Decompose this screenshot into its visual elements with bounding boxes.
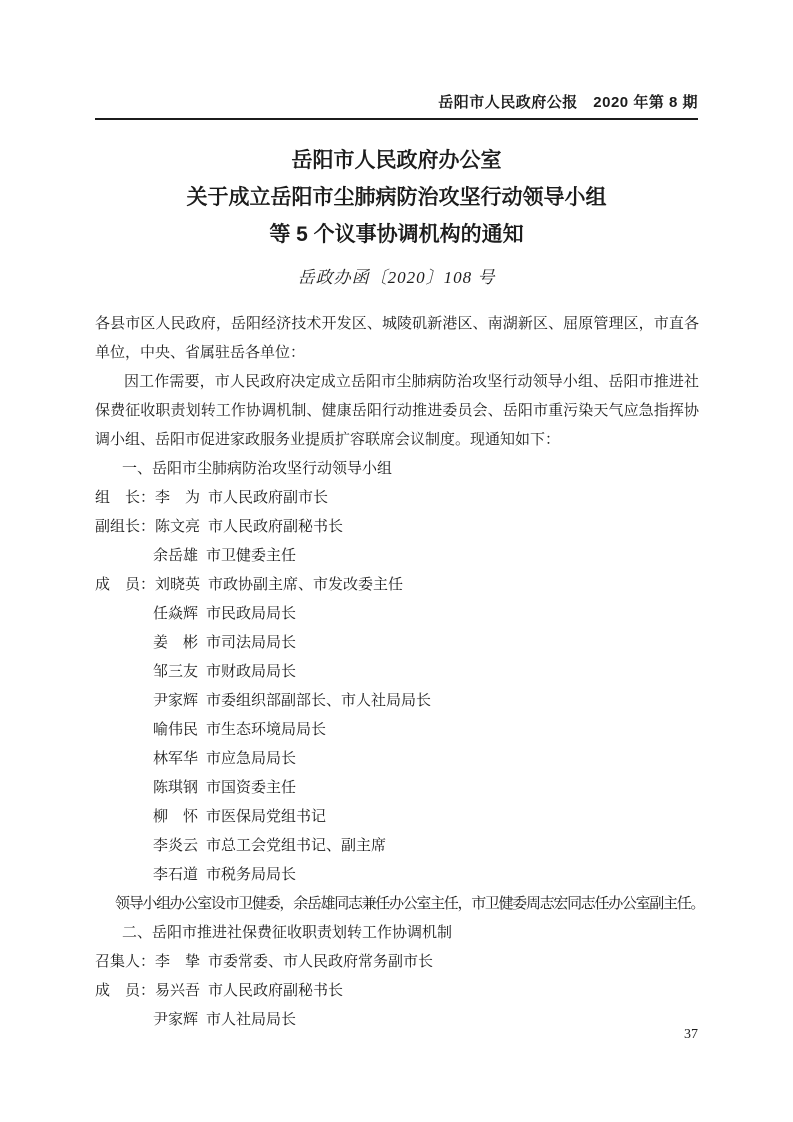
person-name: 余岳雄 (153, 542, 206, 571)
person-name: 邹三友 (153, 658, 206, 687)
roster-row: 任焱辉 市民政局局长 (95, 600, 699, 629)
section-1-roster: 组 长： 李 为 市人民政府副市长 副组长： 陈文亮 市人民政府副秘书长 余岳雄… (95, 484, 699, 890)
role-label: 成 员： (95, 977, 155, 1006)
person-title: 市财政局局长 (206, 658, 699, 687)
role-label (95, 861, 153, 890)
gazette-page: 岳阳市人民政府公报 2020 年第 8 期 岳阳市人民政府办公室 关于成立岳阳市… (0, 0, 793, 1122)
roster-row: 召集人： 李 挚 市委常委、市人民政府常务副市长 (95, 948, 699, 977)
document-title: 岳阳市人民政府办公室 关于成立岳阳市尘肺病防治攻坚行动领导小组 等 5 个议事协… (80, 142, 713, 253)
person-title: 市国资委主任 (206, 774, 699, 803)
document-title-line-3: 等 5 个议事协调机构的通知 (80, 216, 713, 253)
person-title: 市人民政府副秘书长 (208, 977, 699, 1006)
person-title: 市委组织部副部长、市人社局局长 (206, 687, 699, 716)
role-label (95, 774, 153, 803)
office-note-paragraph: 领导小组办公室设市卫健委，余岳雄同志兼任办公室主任，市卫健委周志宏同志任办公室副… (95, 890, 699, 919)
page-number: 37 (95, 1027, 698, 1043)
roster-row: 副组长： 陈文亮 市人民政府副秘书长 (95, 513, 699, 542)
roster-row: 姜 彬 市司法局局长 (95, 629, 699, 658)
person-title: 市人民政府副市长 (208, 484, 699, 513)
document-title-line-1: 岳阳市人民政府办公室 (80, 142, 713, 179)
person-name: 林军华 (153, 745, 206, 774)
section-2-heading: 二、岳阳市推进社保费征收职责划转工作协调机制 (95, 919, 699, 948)
person-title: 市医保局党组书记 (206, 803, 699, 832)
role-label: 组 长： (95, 484, 155, 513)
person-title: 市卫健委主任 (206, 542, 699, 571)
person-name: 姜 彬 (153, 629, 206, 658)
roster-row: 尹家辉 市委组织部副部长、市人社局局长 (95, 687, 699, 716)
salutation-paragraph: 各县市区人民政府，岳阳经济技术开发区、城陵矶新港区、南湖新区、屈原管理区，市直各… (95, 310, 699, 368)
role-label (95, 658, 153, 687)
person-title: 市政协副主席、市发改委主任 (208, 571, 699, 600)
roster-row: 成 员： 刘晓英 市政协副主席、市发改委主任 (95, 571, 699, 600)
person-title: 市生态环境局局长 (206, 716, 699, 745)
section-1-heading: 一、岳阳市尘肺病防治攻坚行动领导小组 (95, 455, 699, 484)
roster-row: 喻伟民 市生态环境局局长 (95, 716, 699, 745)
intro-paragraph: 因工作需要，市人民政府决定成立岳阳市尘肺病防治攻坚行动领导小组、岳阳市推进社保费… (95, 368, 699, 455)
role-label: 召集人： (95, 948, 155, 977)
person-title: 市司法局局长 (206, 629, 699, 658)
role-label (95, 803, 153, 832)
document-number: 岳政办函〔2020〕108 号 (95, 263, 698, 288)
person-name: 李 挚 (155, 948, 208, 977)
person-title: 市总工会党组书记、副主席 (206, 832, 699, 861)
person-name: 喻伟民 (153, 716, 206, 745)
role-label (95, 716, 153, 745)
person-title: 市税务局局长 (206, 861, 699, 890)
person-name: 刘晓英 (155, 571, 208, 600)
roster-row: 柳 怀 市医保局党组书记 (95, 803, 699, 832)
roster-row: 余岳雄 市卫健委主任 (95, 542, 699, 571)
person-name: 李石道 (153, 861, 206, 890)
roster-row: 林军华 市应急局局长 (95, 745, 699, 774)
document-body: 各县市区人民政府，岳阳经济技术开发区、城陵矶新港区、南湖新区、屈原管理区，市直各… (95, 310, 699, 1035)
person-name: 李炎云 (153, 832, 206, 861)
person-title: 市人民政府副秘书长 (208, 513, 699, 542)
person-title: 市应急局局长 (206, 745, 699, 774)
person-name: 柳 怀 (153, 803, 206, 832)
role-label: 副组长： (95, 513, 155, 542)
person-name: 李 为 (155, 484, 208, 513)
roster-row: 李石道 市税务局局长 (95, 861, 699, 890)
person-name: 尹家辉 (153, 687, 206, 716)
roster-row: 组 长： 李 为 市人民政府副市长 (95, 484, 699, 513)
role-label (95, 629, 153, 658)
role-label (95, 745, 153, 774)
person-name: 陈琪钢 (153, 774, 206, 803)
roster-row: 陈琪钢 市国资委主任 (95, 774, 699, 803)
person-name: 易兴吾 (155, 977, 208, 1006)
roster-row: 邹三友 市财政局局长 (95, 658, 699, 687)
role-label (95, 542, 153, 571)
gazette-header: 岳阳市人民政府公报 2020 年第 8 期 (95, 92, 698, 113)
role-label (95, 687, 153, 716)
person-name: 任焱辉 (153, 600, 206, 629)
person-name: 陈文亮 (155, 513, 208, 542)
role-label (95, 832, 153, 861)
document-title-line-2: 关于成立岳阳市尘肺病防治攻坚行动领导小组 (80, 179, 713, 216)
section-2-roster: 召集人： 李 挚 市委常委、市人民政府常务副市长 成 员： 易兴吾 市人民政府副… (95, 948, 699, 1035)
roster-row: 成 员： 易兴吾 市人民政府副秘书长 (95, 977, 699, 1006)
role-label (95, 600, 153, 629)
header-divider (95, 118, 698, 120)
role-label: 成 员： (95, 571, 155, 600)
roster-row: 李炎云 市总工会党组书记、副主席 (95, 832, 699, 861)
person-title: 市委常委、市人民政府常务副市长 (208, 948, 699, 977)
person-title: 市民政局局长 (206, 600, 699, 629)
